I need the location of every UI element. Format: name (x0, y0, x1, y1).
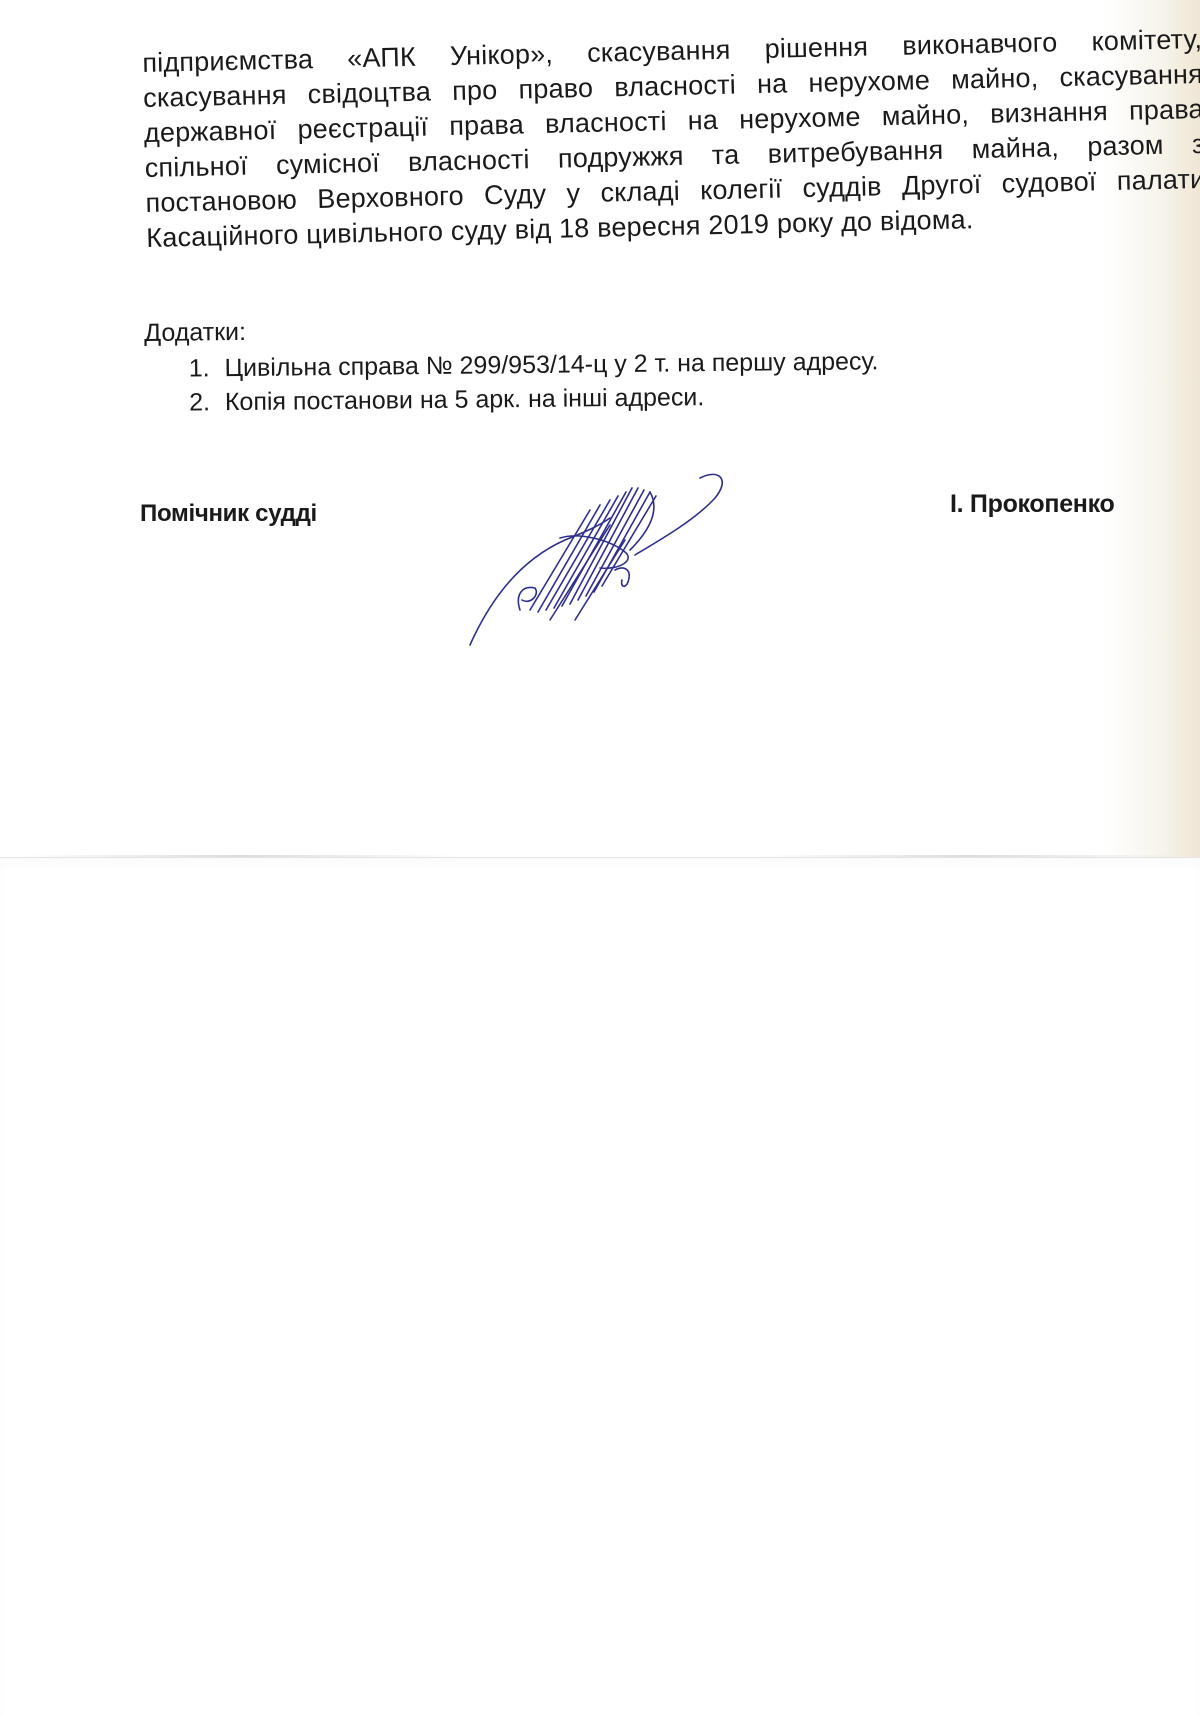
letter-body-text: підприємства «АПК Унікор», скасування рі… (142, 22, 1200, 256)
attachment-item: Цивільна справа № 299/953/14-ц у 2 т. на… (216, 344, 878, 385)
attachment-item: Копія постанови на 5 арк. на інші адреси… (217, 378, 879, 419)
signer-name: І. Прокопенко (950, 490, 1114, 519)
document-page: підприємства «АПК Унікор», скасування рі… (0, 0, 1200, 1715)
handwritten-signature-icon (460, 470, 790, 650)
signer-role: Помічник судді (140, 500, 317, 528)
attachments-section: Додатки: Цивільна справа № 299/953/14-ц … (144, 308, 879, 420)
blank-lower-page-area (0, 857, 1200, 1715)
attachments-heading: Додатки: (144, 308, 878, 350)
attachments-list: Цивільна справа № 299/953/14-ц у 2 т. на… (144, 344, 879, 420)
